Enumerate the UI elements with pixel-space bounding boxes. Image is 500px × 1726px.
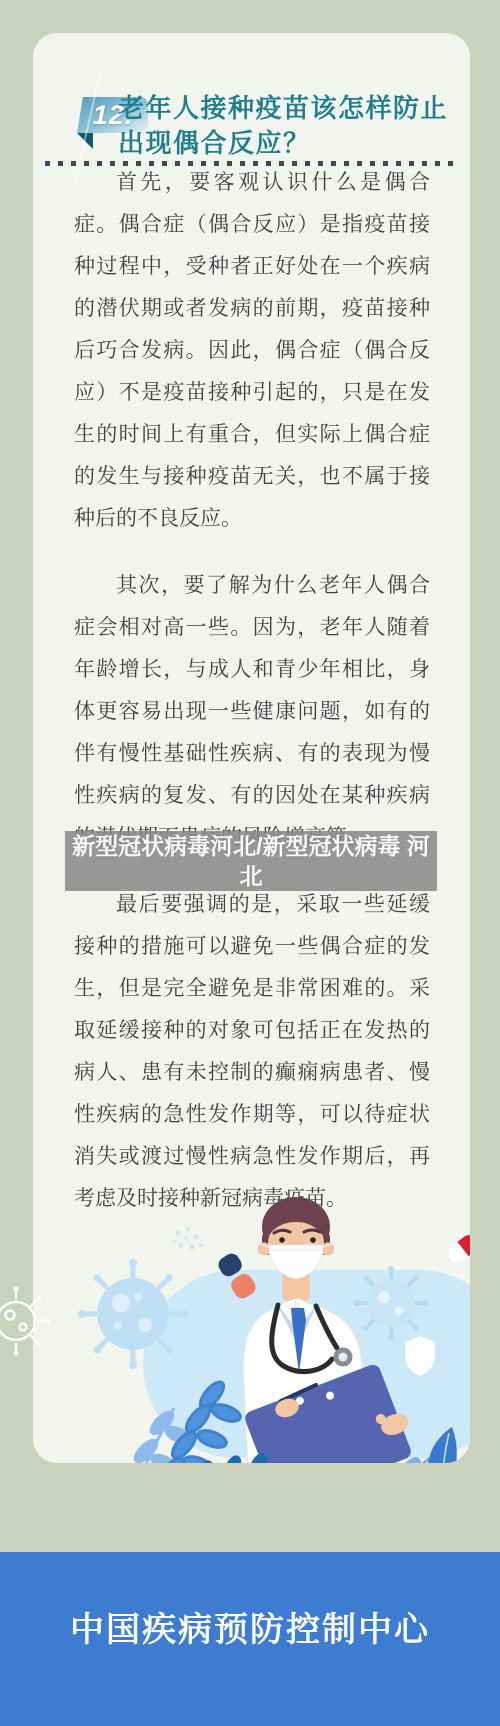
question-title-line1: 老年人接种疫苗该怎样防止 — [118, 91, 470, 126]
footer-org-name: 中国疾病预防控制中心 — [0, 1602, 500, 1651]
paragraph-first: 首先，要客观认识什么是偶合症。偶合症（偶合反应）是指疫苗接种过程中，受种者正好处… — [74, 162, 430, 540]
virus-outline-icon — [0, 1285, 52, 1357]
virus-dots-icon — [172, 1227, 202, 1250]
doctor-illustration — [66, 1173, 470, 1463]
question-title: 老年人接种疫苗该怎样防止 出现偶合反应？ — [118, 91, 470, 161]
paragraph-third: 最后要强调的是，采取一些延缓接种的措施可以避免一些偶合症的发生，但是完全避免是非… — [74, 884, 430, 1220]
watermark-text: 新型冠状病毒河北/新型冠状病毒 河北 — [72, 833, 430, 889]
watermark-overlay: 新型冠状病毒河北/新型冠状病毒 河北 — [65, 831, 437, 891]
virus-icon — [354, 1266, 428, 1340]
paragraph-second: 其次，要了解为什么老年人偶合症会相对高一些。因为，老年人随着年龄增长，与成人和青… — [74, 565, 430, 859]
content-card: 12. 老年人接种疫苗该怎样防止 出现偶合反应？ 首先，要客观认识什么是偶合症。… — [33, 33, 470, 1463]
red-capsule-icon — [445, 1232, 470, 1266]
infographic-page: { "theme": { "background": "#cad1bd", "c… — [0, 0, 500, 1726]
footer-bar: 中国疾病预防控制中心 — [0, 1552, 500, 1726]
article-body: 首先，要客观认识什么是偶合症。偶合症（偶合反应）是指疫苗接种过程中，受种者正好处… — [74, 162, 430, 1245]
question-title-line2: 出现偶合反应？ — [118, 126, 470, 161]
